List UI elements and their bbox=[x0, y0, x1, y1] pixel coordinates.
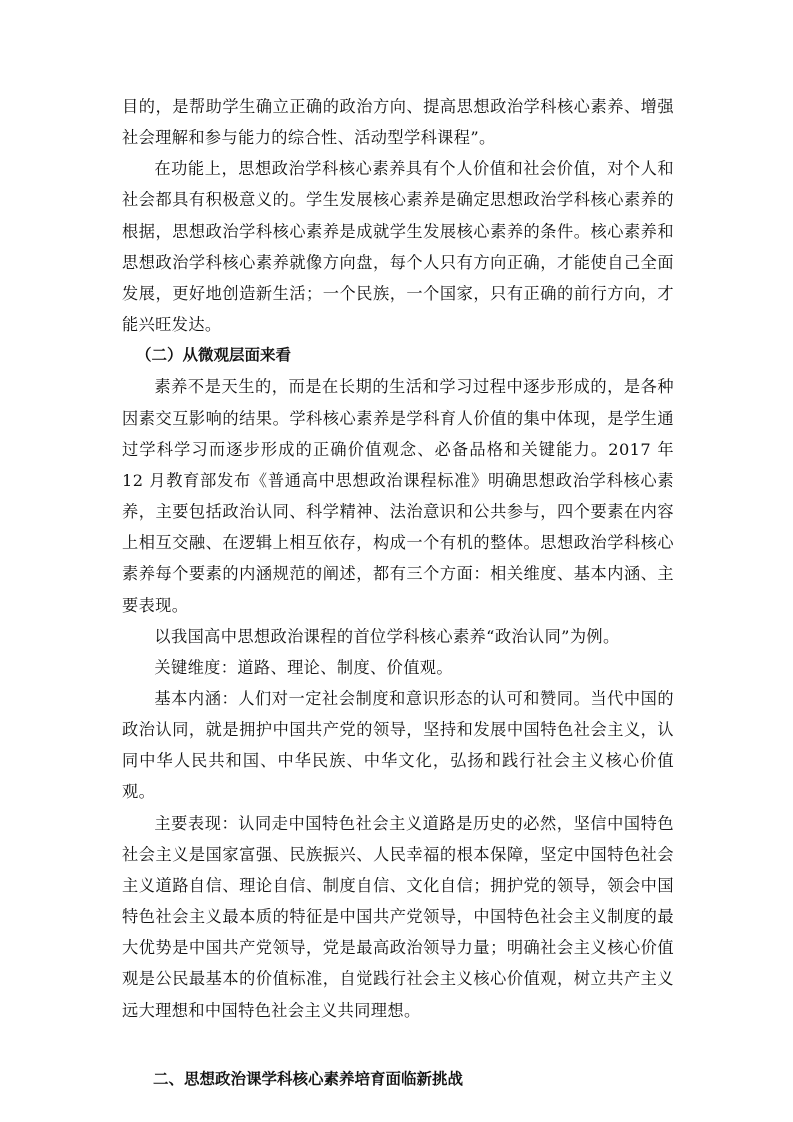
section-heading: 二、思想政治课学科核心素养培育面临新挑战 bbox=[122, 1064, 674, 1095]
paragraph-literacy: 素养不是天生的，而是在长期的生活和学习过程中逐步形成的，是各种因素交互影响的结果… bbox=[122, 371, 674, 620]
paragraph-key-dimension: 关键维度：道路、理论、制度、价值观。 bbox=[122, 652, 674, 683]
paragraph-example: 以我国高中思想政治课程的首位学科核心素养“政治认同”为例。 bbox=[122, 621, 674, 652]
paragraph-continuation: 目的，是帮助学生确立正确的政治方向、提高思想政治学科核心素养、增强社会理解和参与… bbox=[122, 91, 674, 153]
document-page: 目的，是帮助学生确立正确的政治方向、提高思想政治学科核心素养、增强社会理解和参与… bbox=[122, 91, 674, 1095]
subheading-micro-level: （二）从微观层面来看 bbox=[122, 340, 674, 371]
paragraph-basic-connotation: 基本内涵：人们对一定社会制度和意识形态的认可和赞同。当代中国的政治认同，就是拥护… bbox=[122, 683, 674, 808]
paragraph-main-performance: 主要表现：认同走中国特色社会主义道路是历史的必然，坚信中国特色社会主义是国家富强… bbox=[122, 808, 674, 1026]
section-spacer bbox=[122, 1026, 674, 1064]
paragraph-function: 在功能上，思想政治学科核心素养具有个人价值和社会价值，对个人和社会都具有积极意义… bbox=[122, 153, 674, 340]
